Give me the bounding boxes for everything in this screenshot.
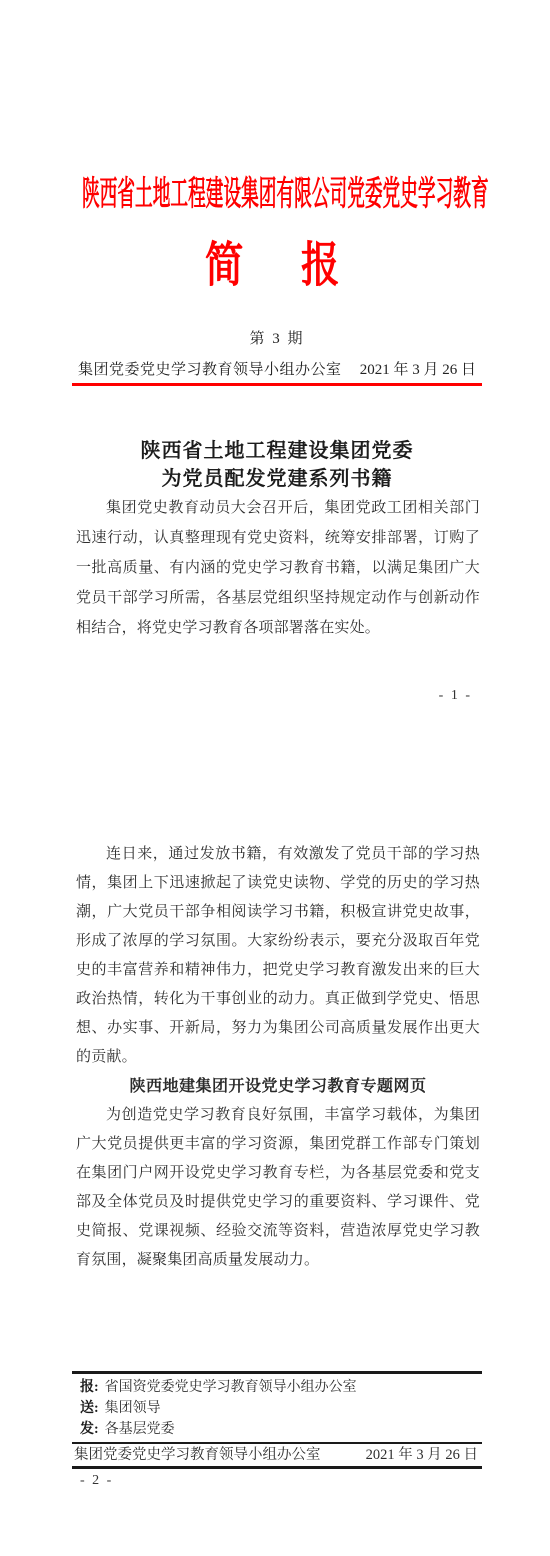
footer-divider-bottom bbox=[72, 1466, 482, 1469]
distribution-rows: 报:省国资党委党史学习教育领导小组办公室 送:集团领导 发:各基层党委 bbox=[72, 1374, 482, 1442]
footer-date: 2021 年 3 月 26 日 bbox=[366, 1445, 478, 1465]
distribution-footer: 报:省国资党委党史学习教育领导小组办公室 送:集团领导 发:各基层党委 集团党委… bbox=[72, 1371, 482, 1469]
distribution-value-song: 集团领导 bbox=[105, 1401, 161, 1416]
page-number-1: - 1 - bbox=[72, 688, 472, 704]
issue-number: 第 3 期 bbox=[72, 327, 482, 348]
distribution-label-bao: 报: bbox=[80, 1380, 99, 1395]
footer-issuer-name: 集团党委党史学习教育领导小组办公室 bbox=[74, 1445, 321, 1465]
article-subheading: 陕西地建集团开设党史学习教育专题网页 bbox=[76, 1072, 480, 1101]
distribution-label-song: 送: bbox=[80, 1401, 99, 1416]
page2-content: 连日来，通过发放书籍，有效激发了党员干部的学习热情，集团上下迅速掀起了读党史读物… bbox=[76, 840, 480, 1275]
article-paragraph-2: 连日来，通过发放书籍，有效激发了党员干部的学习热情，集团上下迅速掀起了读党史读物… bbox=[76, 840, 480, 1072]
article-title: 陕西省土地工程建设集团党委 为党员配发党建系列书籍 bbox=[72, 437, 482, 493]
distribution-value-bao: 省国资党委党史学习教育领导小组办公室 bbox=[105, 1380, 357, 1395]
distribution-row-bao: 报:省国资党委党史学习教育领导小组办公室 bbox=[80, 1377, 482, 1398]
red-divider bbox=[72, 383, 482, 386]
article-paragraph-3: 为创造党史学习教育良好氛围，丰富学习载体，为集团广大党员提供更丰富的学习资源，集… bbox=[76, 1101, 480, 1275]
article-title-line2: 为党员配发党建系列书籍 bbox=[72, 465, 482, 493]
distribution-value-fa: 各基层党委 bbox=[105, 1422, 175, 1437]
distribution-row-song: 送:集团领导 bbox=[80, 1398, 482, 1419]
masthead-title-wrap: 简 报 bbox=[72, 238, 482, 293]
issuer-row: 集团党委党史学习教育领导小组办公室 2021 年 3 月 26 日 bbox=[78, 358, 476, 379]
article-title-line1: 陕西省土地工程建设集团党委 bbox=[72, 437, 482, 465]
bulletin-title: 简 报 bbox=[205, 238, 349, 293]
issue-date: 2021 年 3 月 26 日 bbox=[360, 358, 476, 379]
bulletin-document: 陕西省土地工程建设集团有限公司党委党史学习教育 简 报 第 3 期 集团党委党史… bbox=[0, 0, 550, 1556]
page-number-2: - 2 - bbox=[80, 1473, 113, 1489]
footer-issuer-row: 集团党委党史学习教育领导小组办公室 2021 年 3 月 26 日 bbox=[72, 1444, 482, 1466]
distribution-row-fa: 发:各基层党委 bbox=[80, 1419, 482, 1440]
masthead-org-line: 陕西省土地工程建设集团有限公司党委党史学习教育 bbox=[82, 176, 489, 213]
article-paragraph-1: 集团党史教育动员大会召开后，集团党政工团相关部门迅速行动，认真整理现有党史资料，… bbox=[76, 493, 480, 643]
distribution-label-fa: 发: bbox=[80, 1422, 99, 1437]
issuer-name: 集团党委党史学习教育领导小组办公室 bbox=[78, 358, 342, 379]
